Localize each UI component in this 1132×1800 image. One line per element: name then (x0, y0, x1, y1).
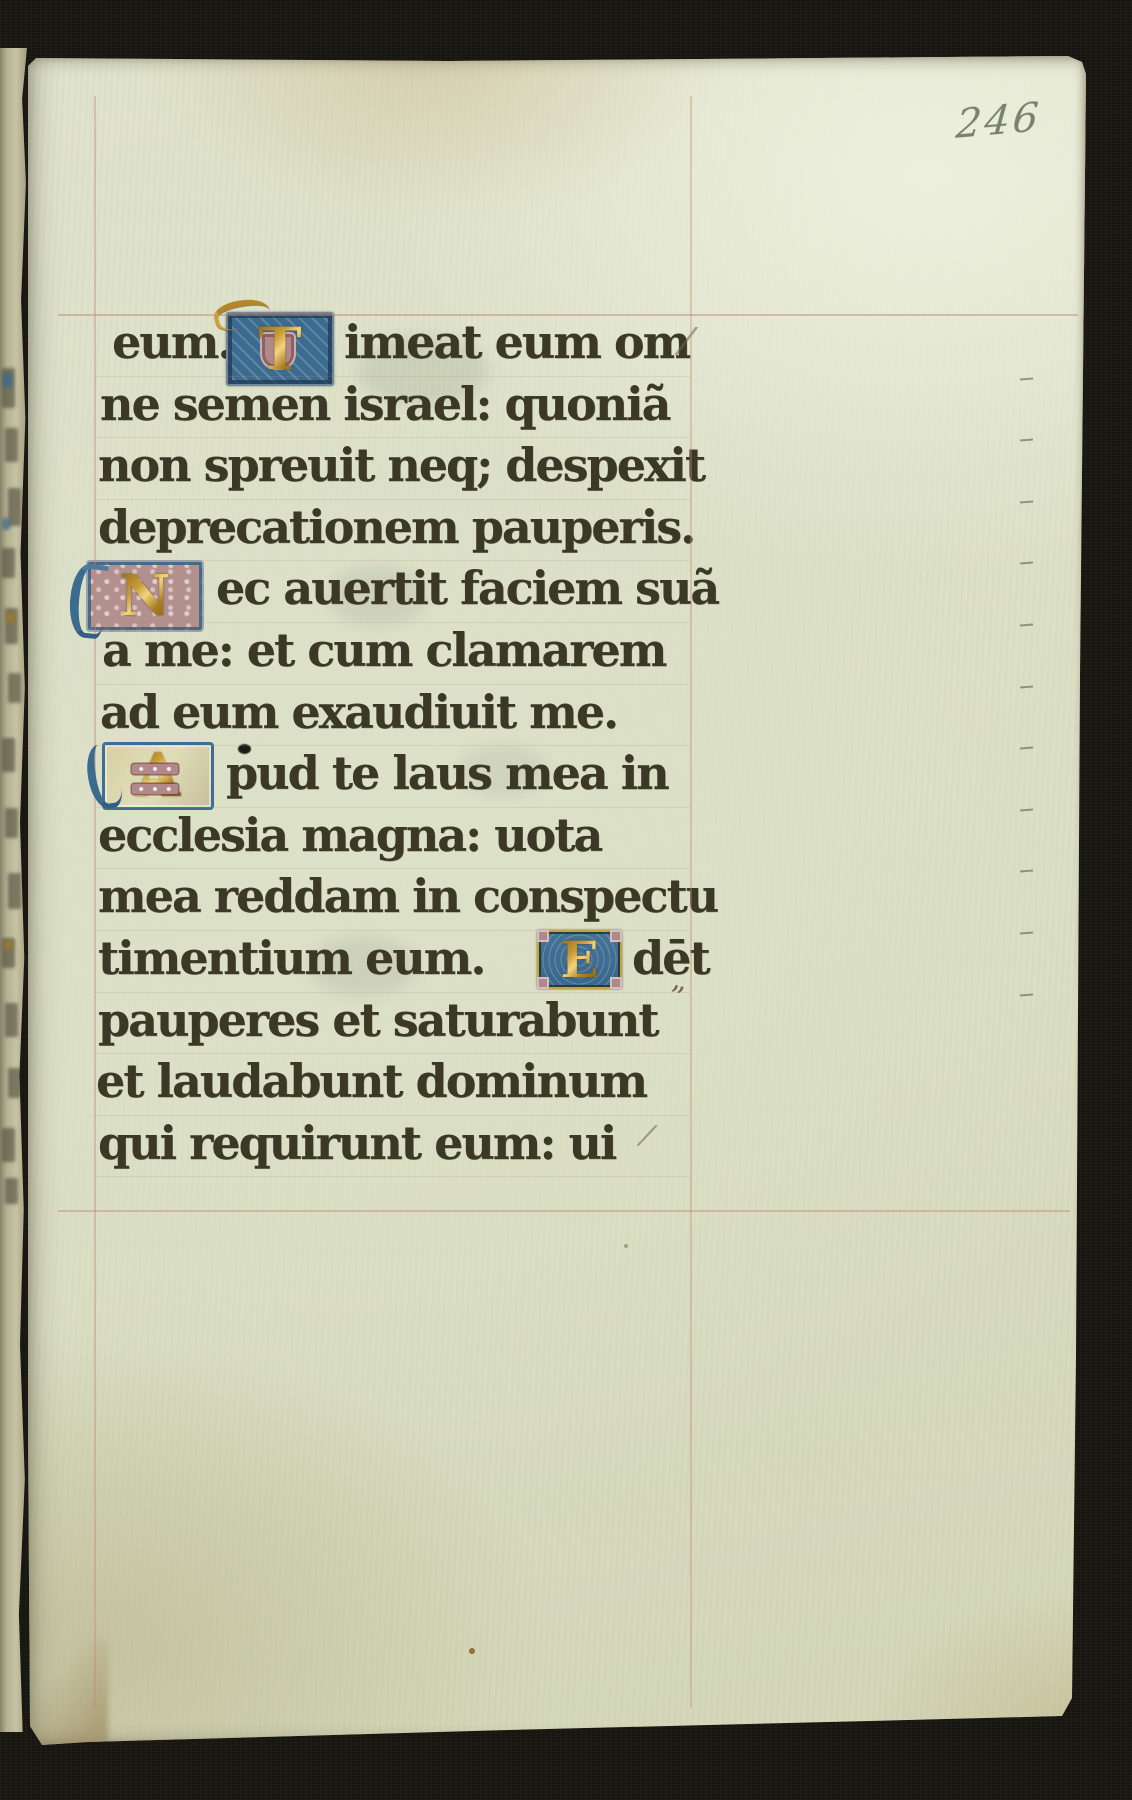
margin-tick (1020, 500, 1033, 503)
bleedthrough-text-fragment (2, 1128, 15, 1162)
adjacent-page-edge (0, 48, 27, 1732)
initial-letter: N (119, 568, 170, 624)
bleedthrough-text-fragment (8, 1068, 21, 1098)
initial-letter: T (258, 320, 301, 378)
frame-rule-left (94, 96, 96, 1708)
line-rule (94, 684, 690, 685)
folio-number: 246 (954, 94, 1043, 148)
mauve-corner (537, 977, 549, 989)
text-line-1-post: imeat eum om (344, 311, 689, 373)
bleedthrough-text-fragment (2, 518, 10, 530)
illuminated-initial-E: E (537, 930, 622, 989)
line-rule (94, 376, 690, 377)
bleedthrough-text-fragment (2, 738, 15, 772)
margin-tick (1020, 562, 1033, 565)
line-rule (94, 560, 690, 561)
text-line-2: ne semen israel: quoniã (100, 373, 669, 435)
bleedthrough-text-fragment (3, 373, 12, 387)
page-corner-curl (28, 1641, 108, 1745)
line-rule (94, 1176, 690, 1177)
manuscript-photo: { "page": { "folio_number": "246", "docu… (0, 0, 1132, 1800)
vellum-speck (469, 1648, 475, 1654)
margin-tick (1020, 747, 1033, 750)
bleedthrough-text-fragment (5, 1003, 18, 1037)
line-filler-stroke: / (637, 1117, 656, 1153)
margin-tick (1020, 932, 1033, 935)
line-rule (94, 807, 690, 808)
margin-tick (1020, 993, 1033, 996)
text-line-6: a me: et cum clamarem (102, 619, 665, 681)
text-line-1-pre: eum. (112, 311, 231, 373)
bleedthrough-text-fragment (8, 673, 21, 703)
line-rule (94, 930, 690, 931)
blue-flourish (84, 742, 125, 811)
text-line-10: mea reddam in conspectu (98, 865, 717, 927)
line-rule (94, 622, 690, 623)
initial-letter: E (560, 935, 598, 985)
text-line-13: et laudabunt dominum (96, 1050, 646, 1112)
frame-rule-right (690, 96, 692, 1708)
bleedthrough-text-fragment (8, 873, 21, 909)
line-rule (94, 1115, 690, 1116)
bleedthrough-text-fragment (5, 428, 18, 462)
margin-tick (1020, 870, 1033, 873)
text-line-9: ecclesia magna: uota (98, 804, 601, 866)
margin-tick (1020, 685, 1033, 688)
bleedthrough-text-fragment (6, 613, 15, 623)
text-line-4: deprecationem pauperis. (98, 496, 694, 558)
text-line-12: pauperes et saturabunt (98, 989, 658, 1051)
margin-tick (1020, 624, 1033, 627)
margin-tick (1020, 377, 1033, 380)
mauve-bar (132, 764, 178, 774)
text-line-5: ec auertit faciem suã (216, 557, 718, 619)
line-rule (94, 868, 690, 869)
vellum-speck (624, 1244, 628, 1248)
bleedthrough-text-fragment (2, 548, 15, 578)
line-rule (94, 745, 690, 746)
illuminated-initial-A: A (102, 742, 214, 810)
bleedthrough-text-fragment (5, 1178, 18, 1204)
text-line-14: qui requirunt eum: ui (98, 1112, 615, 1174)
mauve-bar (132, 784, 178, 794)
initial-letter: A (135, 746, 182, 806)
text-line-11-pre: timentium eum. (98, 927, 484, 989)
text-line-11-post: dēt (632, 927, 709, 989)
frame-rule-top (58, 314, 1078, 316)
bleedthrough-text-fragment (5, 808, 18, 838)
line-rule (94, 437, 690, 438)
line-rule (94, 499, 690, 500)
text-line-3: non spreuit neq; despexit (98, 434, 704, 496)
manuscript-page: 246 eum. T imeat eum om / ne semen israe… (28, 56, 1086, 1745)
line-rule (94, 992, 690, 993)
text-line-8: pud te laus mea in (226, 742, 668, 804)
text-line-7: ad eum exaudiuit me. (100, 681, 617, 743)
line-rule (94, 1053, 690, 1054)
frame-rule-bottom (58, 1210, 1070, 1212)
mauve-corner (537, 930, 549, 942)
mauve-corner (610, 977, 622, 989)
margin-tick (1020, 808, 1033, 811)
mauve-corner (610, 930, 622, 942)
bleedthrough-text-fragment (4, 940, 13, 950)
margin-tick (1020, 439, 1033, 442)
